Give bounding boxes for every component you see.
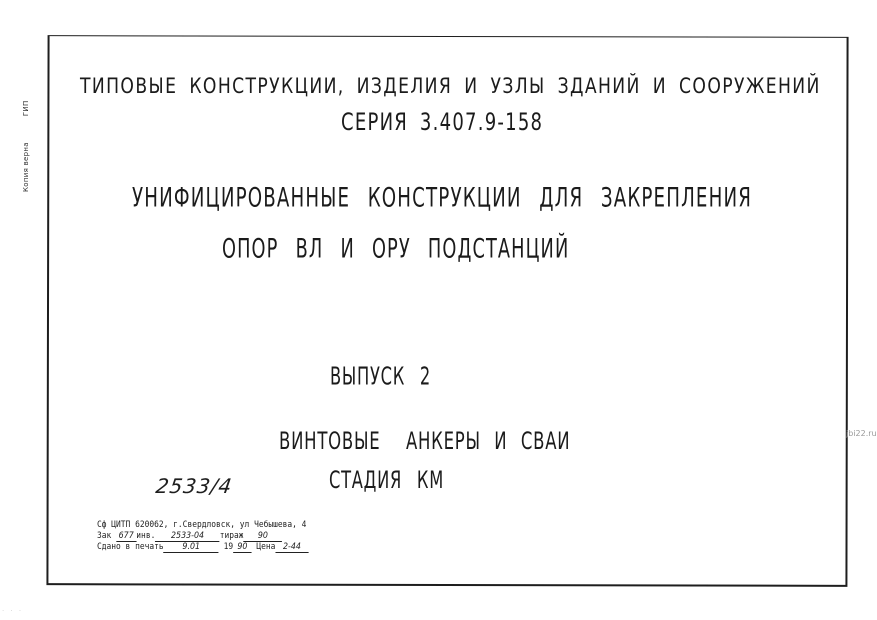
imprint-run-label: тираж xyxy=(220,531,244,541)
margin-note-gip: ГИП xyxy=(22,100,30,116)
imprint-year-value: 90 xyxy=(233,543,251,553)
imprint-submitted-label: Сдано в печать xyxy=(97,542,164,552)
imprint-price-value: 2-44 xyxy=(275,543,308,553)
document-subtitle-line-2: ОПОР ВЛ И ОРУ ПОДСТАНЦИЙ xyxy=(222,233,569,264)
imprint-inv-value: 2533-04 xyxy=(155,532,219,542)
scan-artifact: · · · xyxy=(2,607,23,615)
document-subtitle-line-1: УНИФИЦИРОВАННЫЕ КОНСТРУКЦИИ ДЛЯ ЗАКРЕПЛЕ… xyxy=(132,182,752,213)
series-number: СЕРИЯ 3.407.9-158 xyxy=(341,109,543,137)
product-title-part-1: ВИНТОВЫЕ xyxy=(279,428,380,456)
print-imprint: Сф ЦИТП 620062, г.Свердловск, ул Чебышев… xyxy=(97,520,308,553)
document-title-line-1: ТИПОВЫЕ КОНСТРУКЦИИ, ИЗДЕЛИЯ И УЗЛЫ ЗДАН… xyxy=(80,73,821,98)
margin-note: Копия вернаГИП xyxy=(22,100,30,192)
imprint-inv-label: инв. xyxy=(136,531,155,541)
product-title-part-2: АНКЕРЫ И СВАИ xyxy=(406,428,570,456)
imprint-run-value: 90 xyxy=(244,532,283,542)
imprint-submitted-line: Сдано в печать9.01 1990 Цена2-44 xyxy=(97,542,308,553)
imprint-price-label: Цена xyxy=(256,542,275,552)
imprint-order-line: Зак 677инв.2533-04тираж90 xyxy=(97,531,308,542)
issue-number: ВЫПУСК 2 xyxy=(330,363,431,391)
imprint-publisher-address: Сф ЦИТП 620062, г.Свердловск, ул Чебышев… xyxy=(97,520,308,531)
imprint-order-value: 677 xyxy=(116,532,136,542)
design-stage: СТАДИЯ КМ xyxy=(329,467,444,495)
margin-note-copy-certified: Копия верна xyxy=(22,142,30,192)
site-watermark: jbi22.ru xyxy=(846,429,877,438)
imprint-submitted-value: 9.01 xyxy=(164,543,219,553)
imprint-year-prefix: 19 xyxy=(224,542,234,552)
imprint-order-label: Зак xyxy=(97,531,111,541)
product-title: ВИНТОВЫЕАНКЕРЫ И СВАИ xyxy=(279,428,570,456)
handwritten-archive-number: 2533/4 xyxy=(154,474,234,498)
